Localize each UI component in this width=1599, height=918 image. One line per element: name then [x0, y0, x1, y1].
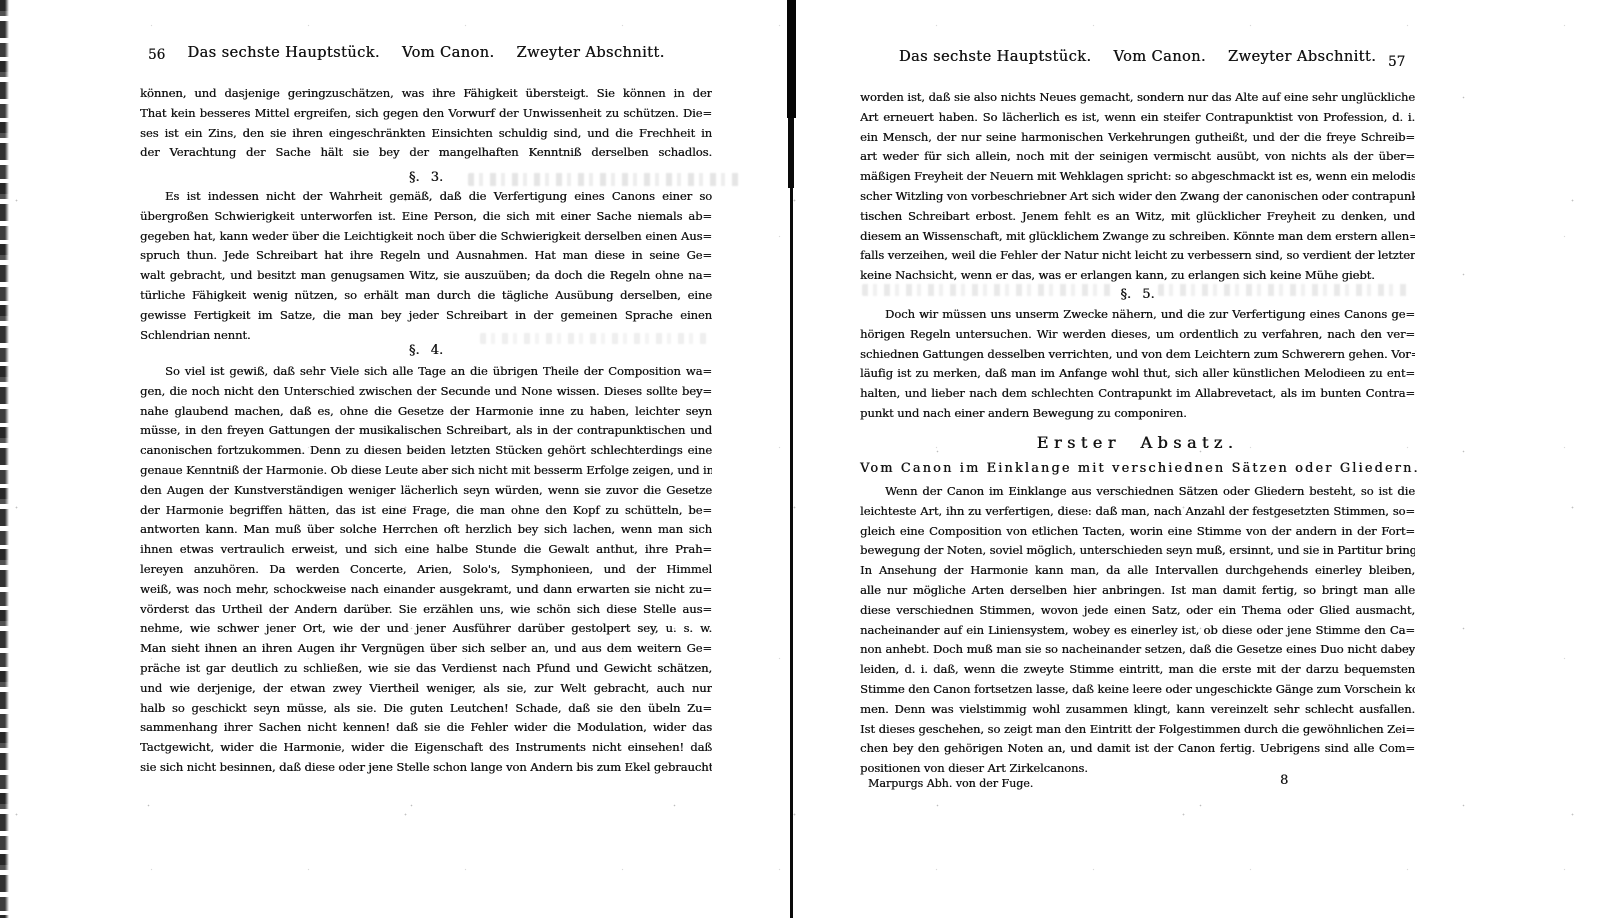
first-absatz-subheading: Vom Canon im Einklange mit verschiednen … — [860, 461, 1415, 476]
text-line: men. Denn was vielstimmig wohl zusammen … — [860, 700, 1415, 720]
text-line: spruch thun. Jede Schreibart hat ihre Re… — [140, 246, 712, 266]
text-line: sammenhang ihrer Sachen nicht kennen! da… — [140, 718, 712, 738]
text-line: antworten kann. Man muß über solche Herr… — [140, 520, 712, 540]
book-scan: 56 Das sechste Hauptstück.Vom Canon.Zwey… — [0, 0, 1599, 918]
text-line: gen, die noch nicht den Unterschied zwis… — [140, 382, 712, 402]
text-line: nahe glaubend machen, daß es, ohne die G… — [140, 402, 712, 422]
text-line: Art erneuert haben. So lächerlich es ist… — [860, 108, 1415, 128]
paragraph-section-4: So viel ist gewiß, daß sehr Viele sich a… — [140, 362, 712, 778]
text-line: der Harmonie begriffen hätten, das ist e… — [140, 501, 712, 521]
text-line: gleich eine Composition von etlichen Tac… — [860, 522, 1415, 542]
running-header-segment: Das sechste Hauptstück. — [187, 44, 380, 61]
text-line: türliche Fähigkeit wenig nützen, so erhä… — [140, 286, 712, 306]
text-line: canonischen fortzukommen. Denn zu diesen… — [140, 441, 712, 461]
text-line: bewegung der Noten, soviel möglich, unte… — [860, 541, 1415, 561]
text-line: tischen Schreibart erbost. Jenem fehlt e… — [860, 207, 1415, 227]
running-header-segment: Vom Canon. — [402, 44, 495, 61]
text-line: läufig ist zu merken, daß man im Anfange… — [860, 364, 1415, 384]
text-line: präche ist gar deutlich zu schließen, wi… — [140, 659, 712, 679]
text-line: In Ansehung der Harmonie kann man, da al… — [860, 561, 1415, 581]
text-line: vörderst das Urtheil der Andern darüber.… — [140, 600, 712, 620]
text-line: hörigen Regeln untersuchen. Wir werden d… — [860, 325, 1415, 345]
text-line: mäßigen Freyheit der Neuern mit Wehklage… — [860, 167, 1415, 187]
text-line: non anhebt. Doch muß man sie so nacheina… — [860, 640, 1415, 660]
text-line: leiden, d. i. daß, wenn die zweyte Stimm… — [860, 660, 1415, 680]
page-56: 56 Das sechste Hauptstück.Vom Canon.Zwey… — [0, 0, 789, 918]
text-line: That kein besseres Mittel ergreifen, sic… — [140, 104, 712, 124]
text-line: weiß, was noch mehr, schockweise nach ei… — [140, 580, 712, 600]
text-line: gewisse Fertigkeit im Satze, die man bey… — [140, 306, 712, 326]
running-header-segment: Vom Canon. — [1113, 48, 1206, 65]
text-line: genaue Kenntniß der Harmonie. Ob diese L… — [140, 461, 712, 481]
text-line: ein Mensch, der nur seine harmonischen V… — [860, 128, 1415, 148]
text-line: der Verachtung der Sache hält sie bey de… — [140, 143, 712, 163]
text-line: punkt und nach einer andern Bewegung zu … — [860, 404, 1415, 424]
section-4-heading: §. 4. — [140, 343, 712, 358]
text-line: positionen von dieser Art Zirkelcanons. — [860, 759, 1415, 779]
work-title-footer: Marpurgs Abh. von der Fuge. — [868, 777, 1033, 790]
text-line: nehme, wie schwer jener Ort, wie der und… — [140, 619, 712, 639]
text-line: leichteste Art, ihn zu verfertigen, dies… — [860, 502, 1415, 522]
text-line: Doch wir müssen uns unserm Zwecke nähern… — [860, 305, 1415, 325]
text-line: Es ist indessen nicht der Wahrheit gemäß… — [140, 187, 712, 207]
text-line: worden ist, daß sie also nichts Neues ge… — [860, 88, 1415, 108]
text-line: alle nur mögliche Arten derselben hier a… — [860, 581, 1415, 601]
text-line: schiednen Gattungen desselben verrichten… — [860, 345, 1415, 365]
text-line: diesem an Wissenschaft, mit glücklichem … — [860, 227, 1415, 247]
text-line: diese verschiednen Stimmen, wovon jede e… — [860, 601, 1415, 621]
paragraph-section-4-continuation: worden ist, daß sie also nichts Neues ge… — [860, 88, 1415, 286]
text-line: chen bey den gehörigen Noten an, und dam… — [860, 739, 1415, 759]
running-header-segment: Das sechste Hauptstück. — [899, 48, 1092, 65]
running-header-left: Das sechste Hauptstück.Vom Canon.Zweyter… — [140, 44, 712, 61]
text-line: keine Nachsicht, wenn er das, was er erl… — [860, 266, 1415, 286]
text-line: ses ist ein Zins, den sie ihren eingesch… — [140, 124, 712, 144]
text-line: halten, und lieber nach dem schlechten C… — [860, 384, 1415, 404]
text-line: art weder für sich allein, noch mit der … — [860, 147, 1415, 167]
text-line: ihnen etwas vertraulich erweist, und sic… — [140, 540, 712, 560]
text-line: und wie derjenige, der etwan zwey Vierth… — [140, 679, 712, 699]
section-5-heading: §. 5. — [860, 287, 1415, 302]
running-header-right: Das sechste Hauptstück.Vom Canon.Zweyter… — [860, 48, 1415, 65]
text-line: gegeben hat, kann weder über die Leichti… — [140, 227, 712, 247]
text-line: walt gebracht, und besitzt man genugsame… — [140, 266, 712, 286]
running-header-segment: Zweyter Abschnitt. — [516, 44, 664, 61]
first-absatz-heading: Erster Absatz. — [860, 433, 1415, 452]
paragraph-section2-continuation: können, und dasjenige geringzuschätzen, … — [140, 84, 712, 163]
text-line: Man sieht ihnen an ihren Augen ihr Vergn… — [140, 639, 712, 659]
paragraph-first-absatz: Wenn der Canon im Einklange aus verschie… — [860, 482, 1415, 779]
text-line: nacheinander auf ein Liniensystem, wobey… — [860, 621, 1415, 641]
text-line: scher Witzling von vorbeschriebner Art s… — [860, 187, 1415, 207]
section-3-heading: §. 3. — [140, 170, 712, 185]
paragraph-section-5: Doch wir müssen uns unserm Zwecke nähern… — [860, 305, 1415, 424]
text-line: So viel ist gewiß, daß sehr Viele sich a… — [140, 362, 712, 382]
signature-mark: 8 — [1280, 773, 1288, 788]
paragraph-section-3: Es ist indessen nicht der Wahrheit gemäß… — [140, 187, 712, 345]
text-line: den Augen der Kunstverständigen weniger … — [140, 481, 712, 501]
text-line: müsse, in den freyen Gattungen der musik… — [140, 421, 712, 441]
page-57: 57 Das sechste Hauptstück.Vom Canon.Zwey… — [793, 0, 1599, 918]
running-header-segment: Zweyter Abschnitt. — [1228, 48, 1376, 65]
text-line: Tactgewicht, wider die Harmonie, wider d… — [140, 738, 712, 758]
text-line: Stimme den Canon fortsetzen lasse, daß k… — [860, 680, 1415, 700]
text-line: lereyen anzuhören. Da werden Concerte, A… — [140, 560, 712, 580]
text-line: falls verzeihen, weil die Fehler der Nat… — [860, 246, 1415, 266]
text-line: Ist dieses geschehen, so zeigt man den E… — [860, 720, 1415, 740]
text-line: sie sich nicht besinnen, daß diese oder … — [140, 758, 712, 778]
text-line: Wenn der Canon im Einklange aus verschie… — [860, 482, 1415, 502]
text-line: können, und dasjenige geringzuschätzen, … — [140, 84, 712, 104]
text-line: halb so geschickt seyn müsse, als sie. D… — [140, 699, 712, 719]
text-line: übergroßen Schwierigkeit unterworfen ist… — [140, 207, 712, 227]
